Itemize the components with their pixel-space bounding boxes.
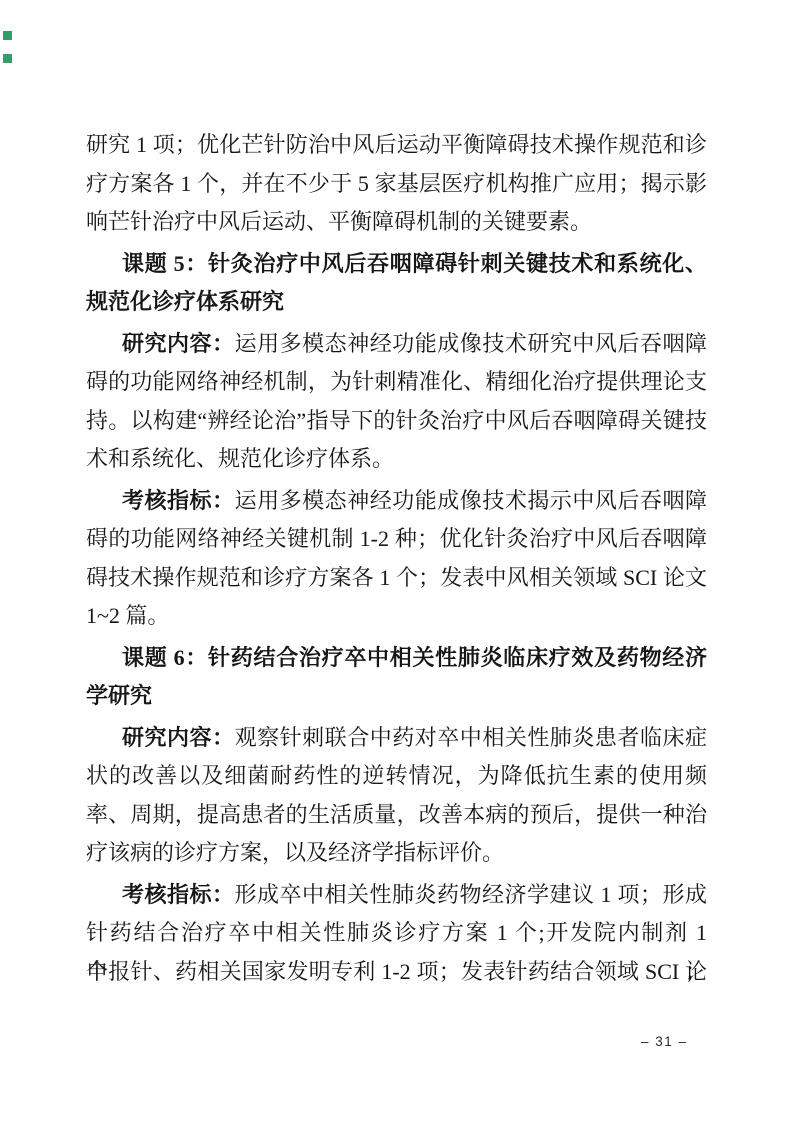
section-heading-line: 学研究 — [86, 677, 707, 716]
text-line: 疗该病的诊疗方案，以及经济学指标评价。 — [86, 834, 707, 873]
text-line: 1~2 篇。 — [86, 597, 707, 636]
section-heading-line: 课题 5：针灸治疗中风后吞咽障碍针刺关键技术和系统化、 — [86, 245, 707, 284]
text-line: 疗方案各 1 个，并在不少于 5 家基层医疗机构推广应用；揭示影 — [86, 165, 707, 204]
text-line: 研究内容：观察针刺联合中药对卒中相关性肺炎患者临床症 — [86, 719, 707, 758]
section-heading-line: 课题 6：针药结合治疗卒中相关性肺炎临床疗效及药物经济 — [86, 639, 707, 678]
text-line: 率、周期，提高患者的生活质量，改善本病的预后，提供一种治 — [86, 796, 707, 835]
document-text-block: 研究 1 项；优化芒针防治中风后运动平衡障碍技术操作规范和诊 疗方案各 1 个，… — [86, 126, 707, 991]
green-scan-mark-icon — [3, 31, 12, 40]
text-line: 术和系统化、规范化诊疗体系。 — [86, 440, 707, 479]
text-line: 考核指标：运用多模态神经功能成像技术揭示中风后吞咽障 — [86, 482, 707, 521]
text-line: 针药结合治疗卒中相关性肺炎诊疗方案 1 个;开发院内制剂 1 个； — [86, 914, 707, 953]
text-line: 考核指标：形成卒中相关性肺炎药物经济学建议 1 项；形成 — [86, 876, 707, 915]
section-heading-line: 规范化诊疗体系研究 — [86, 283, 707, 322]
text-line: 状的改善以及细菌耐药性的逆转情况，为降低抗生素的使用频 — [86, 757, 707, 796]
text-line: 申报针、药相关国家发明专利 1-2 项；发表针药结合领域 SCI 论 — [86, 953, 707, 992]
text-line: 研究内容：运用多模态神经功能成像技术研究中风后吞咽障 — [86, 325, 707, 364]
text-line: 持。以构建“辨经论治”指导下的针灸治疗中风后吞咽障碍关键技 — [86, 402, 707, 441]
green-scan-mark-icon — [3, 54, 12, 63]
page-number: – 31 – — [641, 1034, 688, 1049]
text-line: 碍的功能网络神经关键机制 1-2 种；优化针灸治疗中风后吞咽障 — [86, 520, 707, 559]
text-line: 碍的功能网络神经机制，为针刺精准化、精细化治疗提供理论支 — [86, 363, 707, 402]
text-line: 响芒针治疗中风后运动、平衡障碍机制的关键要素。 — [86, 203, 707, 242]
document-page: 研究 1 项；优化芒针防治中风后运动平衡障碍技术操作规范和诊 疗方案各 1 个，… — [0, 0, 793, 1122]
text-line: 碍技术操作规范和诊疗方案各 1 个；发表中风相关领域 SCI 论文 — [86, 559, 707, 598]
text-line: 研究 1 项；优化芒针防治中风后运动平衡障碍技术操作规范和诊 — [86, 126, 707, 165]
